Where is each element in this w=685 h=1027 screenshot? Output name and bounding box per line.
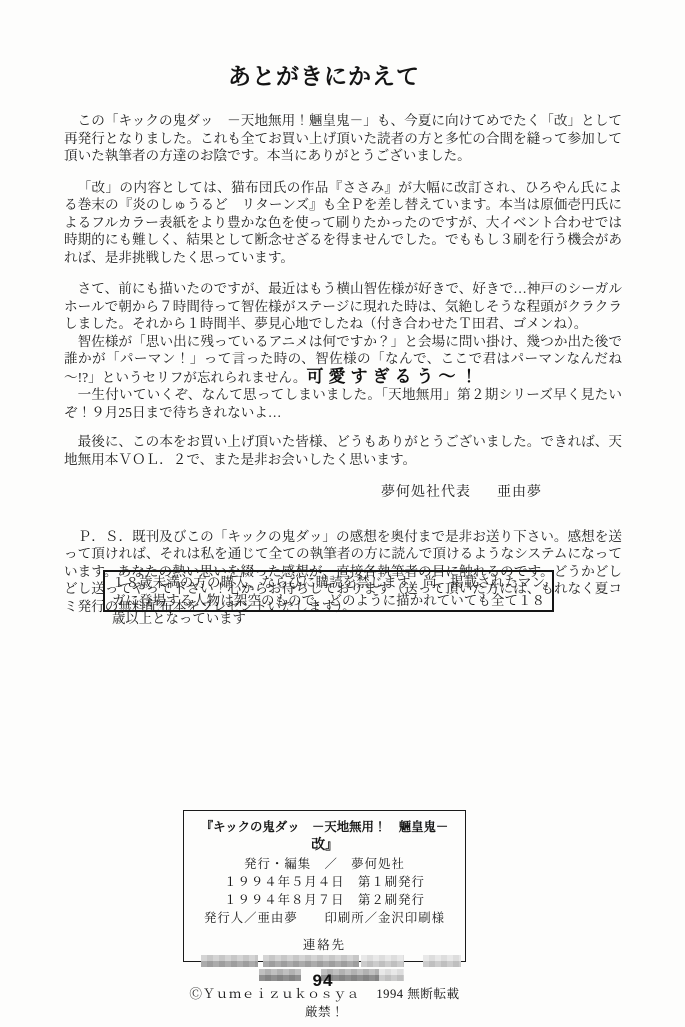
colophon-title-suffix: 』 bbox=[325, 838, 337, 852]
emphasis-too-cute: 可愛すぎるう～！ bbox=[306, 367, 482, 386]
page-title: あとがきにかえて bbox=[0, 58, 648, 91]
signature: 夢何処社代表亜由夢 bbox=[64, 484, 622, 502]
censored-contact-row-1 bbox=[184, 954, 465, 968]
paragraph-tenchi-series: 一生付いていくぞ、なんて思ってしまいました。「天地無用」第２期シリーズ早く見たい… bbox=[64, 386, 622, 421]
colophon-title-prefix: 『キックの鬼ダッ －天地無用！ 魎皇鬼－ bbox=[201, 820, 461, 834]
censored-address-block bbox=[201, 955, 258, 967]
colophon-first-printing-line: １９９４年５月４日 第１刷発行 bbox=[184, 873, 465, 891]
colophon-publisher-line: 発行・編集 ／ 夢何処社 bbox=[184, 855, 465, 873]
colophon-box: 『キックの鬼ダッ －天地無用！ 魎皇鬼－ 改』 発行・編集 ／ 夢何処社 １９９… bbox=[183, 810, 466, 962]
colophon-second-printing-line: １９９４年８月７日 第２刷発行 bbox=[184, 891, 465, 909]
age-restriction-notice-text: １８歳未満の方の購入、ならびに購読を禁じます。尚、掲載されたマンガに登場する人物… bbox=[112, 575, 545, 626]
censored-address-block bbox=[379, 969, 404, 981]
paragraph-kai-contents: 「改」の内容としては、猫布団氏の作品『ささみ』が大幅に改訂され、ひろやん氏による… bbox=[64, 179, 622, 267]
contact-label: 連絡先 bbox=[184, 936, 465, 954]
paragraph-perman-episode: 智佐様が「思い出に残っているアニメは何ですか？」と会場に問い掛け、幾つか出た後で… bbox=[64, 333, 622, 387]
censored-address-block bbox=[423, 955, 461, 967]
page-number: 94 bbox=[293, 971, 353, 991]
signature-organization: 夢何処社代表 bbox=[381, 485, 471, 500]
signature-name: 亜由夢 bbox=[497, 485, 542, 500]
censored-address-block bbox=[361, 955, 404, 967]
colophon-book-title: 『キックの鬼ダッ －天地無用！ 魎皇鬼－ 改』 bbox=[184, 818, 465, 855]
age-restriction-notice-box: １８歳未満の方の購入、ならびに購読を禁じます。尚、掲載されたマンガに登場する人物… bbox=[103, 570, 554, 612]
colophon-issuer-printer-line: 発行人／亜由夢 印刷所／金沢印刷様 bbox=[184, 909, 465, 927]
paragraph-yokoyama-chisa: さて、前にも描いたのですが、最近はもう横山智佐様が好きで、好きで…神戸のシーガル… bbox=[64, 280, 622, 333]
scanned-afterword-page: あとがきにかえて この「キックの鬼ダッ －天地無用！魎皇鬼－」も、今夏に向けてめ… bbox=[0, 0, 685, 1027]
censored-address-block bbox=[263, 955, 359, 967]
colophon-title-kai: 改 bbox=[311, 838, 325, 853]
paragraph-reissue-thanks: この「キックの鬼ダッ －天地無用！魎皇鬼－」も、今夏に向けてめでたく「改」として… bbox=[64, 112, 622, 165]
paragraph-final-thanks: 最後に、この本をお買い上げ頂いた皆様、どうもありがとうございました。できれば、天… bbox=[64, 433, 622, 468]
afterword-body: この「キックの鬼ダッ －天地無用！魎皇鬼－」も、今夏に向けてめでたく「改」として… bbox=[64, 112, 622, 615]
